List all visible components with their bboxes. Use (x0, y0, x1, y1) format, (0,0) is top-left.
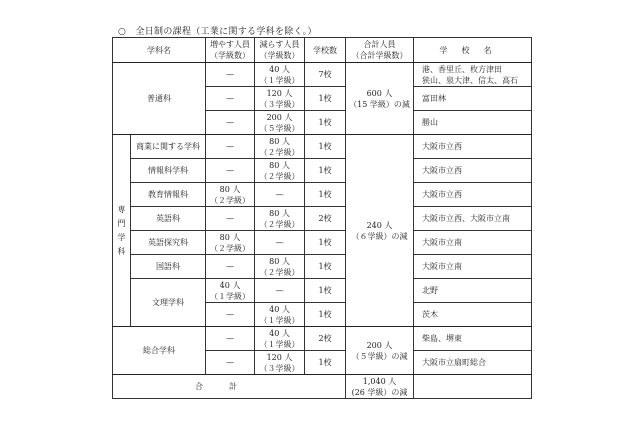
total-specialty: 240 人（６学級）の減 (346, 135, 414, 327)
class-reduction-table: 学科名 増やす人員（学級数） 減らす人員（学級数） 学校数 合計人員（合計学級数… (112, 37, 532, 399)
table-row: 国語科 — 80 人（２学級） 1校 大阪市立南 (113, 255, 532, 279)
table-header-row: 学科名 増やす人員（学級数） 減らす人員（学級数） 学校数 合計人員（合計学級数… (113, 38, 532, 63)
header-count: 学校数 (305, 38, 346, 63)
sum-row: 合計 1,040 人(26 学級）の減 (113, 375, 532, 399)
sum-total: 1,040 人(26 学級）の減 (346, 375, 414, 399)
table-row: 総合学科 — 40 人（１学級） 2校 200 人（５学級）の減 柴島、堺東 (113, 327, 532, 351)
specialty-group-label: 専門学科 (113, 135, 131, 327)
total-general: 600 人（15 学級）の減 (346, 63, 414, 135)
header-subject: 学科名 (113, 38, 206, 63)
table-caption: ○ 全日制の課程（工業に関する学科を除く。） (118, 24, 317, 37)
table-row: 普通科 — 40 人（１学級） 7校 600 人（15 学級）の減 港、香里丘、… (113, 63, 532, 87)
total-comprehensive: 200 人（５学級）の減 (346, 327, 414, 375)
header-increase: 増やす人員（学級数） (206, 38, 255, 63)
table-row: 英語科 — 80 人（２学級） 2校 大阪市立西、大阪市立南 (113, 207, 532, 231)
table-row: 文理学科 40 人（１学級） — 1校 北野 (113, 279, 532, 303)
subject-comprehensive: 総合学科 (113, 327, 206, 375)
subject-general: 普通科 (113, 63, 206, 135)
sum-label: 合計 (113, 375, 346, 399)
table-row: 英語探究科 80 人（２学級） — 1校 大阪市立南 (113, 231, 532, 255)
table-row: 教育情報科 80 人（２学級） — 1校 大阪市立西 (113, 183, 532, 207)
table-row: 専門学科 商業に関する学科 — 80 人（２学級） 1校 240 人（６学級）の… (113, 135, 532, 159)
header-total: 合計人員（合計学級数） (346, 38, 414, 63)
header-school: 学校名 (414, 38, 532, 63)
table-row: 情報科学科 — 80 人（２学級） 1校 大阪市立西 (113, 159, 532, 183)
header-decrease: 減らす人員（学級数） (255, 38, 305, 63)
